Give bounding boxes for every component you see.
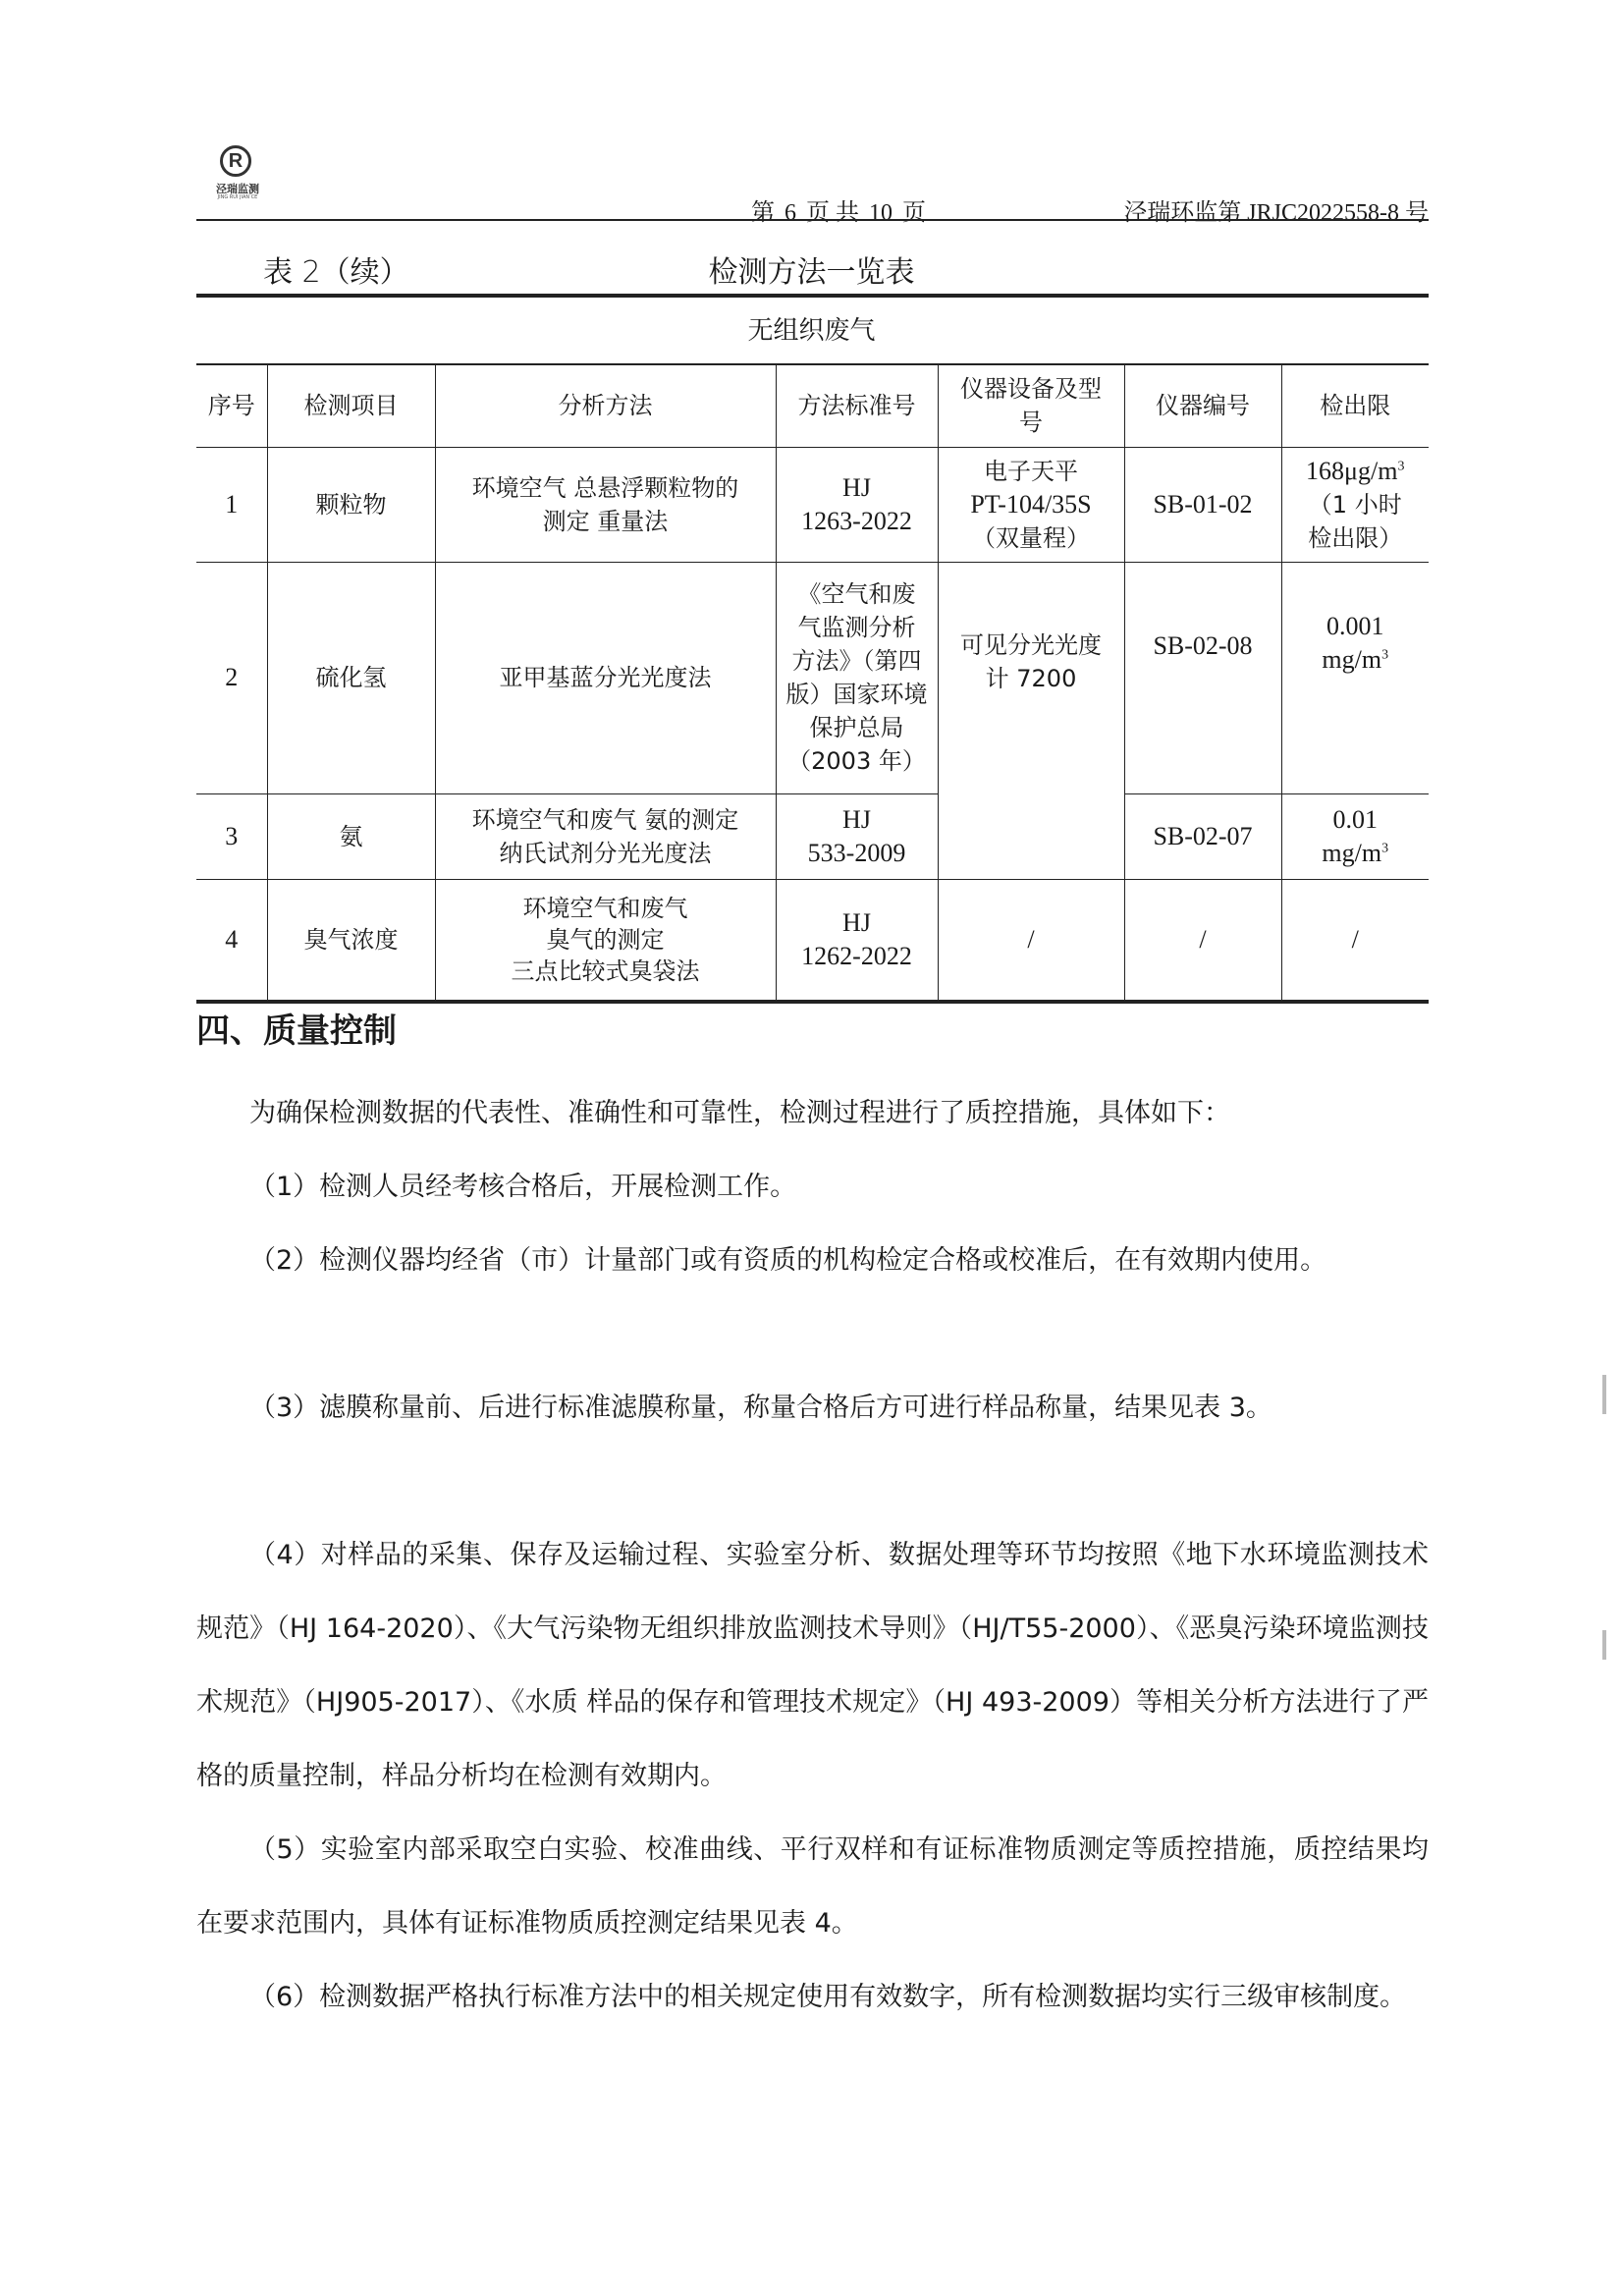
section-heading: 四、质量控制 [196, 1004, 397, 1052]
col-header-limit: 检出限 [1281, 364, 1429, 447]
row-item: 硫化氢 [267, 562, 435, 793]
table-row: 4 臭气浓度 环境空气和废气 臭气的测定 三点比较式臭袋法 HJ 1262-20… [196, 879, 1429, 1002]
col-header-method: 分析方法 [435, 364, 776, 447]
row-method: 环境空气和废气 氨的测定 纳氏试剂分光光度法 [435, 793, 776, 879]
table-row: 1 颗粒物 环境空气 总悬浮颗粒物的 测定 重量法 HJ 1263-2022 电… [196, 447, 1429, 562]
row-standard: HJ 1262-2022 [776, 879, 938, 1002]
row-method: 环境空气和废气 臭气的测定 三点比较式臭袋法 [435, 879, 776, 1002]
col-header-item: 检测项目 [267, 364, 435, 447]
row-no: 2 [196, 562, 267, 793]
row-method: 环境空气 总悬浮颗粒物的 测定 重量法 [435, 447, 776, 562]
table-subtitle: 无组织废气 [0, 310, 1623, 347]
row-instrument-id: / [1124, 879, 1281, 1002]
row-instrument-id: SB-02-08 [1124, 562, 1281, 793]
qc-item-3: （3）滤膜称量前、后进行标准滤膜称量，称量合格后方可进行样品称量，结果见表 3。 [196, 1371, 1429, 1445]
row-standard: 《空气和废 气监测分析 方法》（第四 版）国家环境 保护总局 （2003 年） [776, 562, 938, 793]
logo-subtitle: JING RUI JIAN CE [208, 194, 267, 200]
row-no: 3 [196, 793, 267, 879]
row-item: 氨 [267, 793, 435, 879]
table-title: 检测方法一览表 [0, 247, 1623, 291]
row-instrument: / [938, 879, 1124, 1002]
row-limit: / [1281, 879, 1429, 1002]
detection-methods-table: 序号 检测项目 分析方法 方法标准号 仪器设备及型号 仪器编号 检出限 1 颗粒… [196, 363, 1429, 1004]
col-header-instrument: 仪器设备及型号 [938, 364, 1124, 447]
company-logo: R 泾瑞监测 JING RUI JIAN CE [208, 145, 267, 206]
row-standard: HJ 1263-2022 [776, 447, 938, 562]
row-method: 亚甲基蓝分光光度法 [435, 562, 776, 793]
row-instrument-id: SB-02-07 [1124, 793, 1281, 879]
col-header-standard: 方法标准号 [776, 364, 938, 447]
qc-item-5: （5）实验室内部采取空白实验、校准曲线、平行双样和有证标准物质测定等质控措施，质… [196, 1813, 1429, 1960]
row-instrument-merged: 可见分光光度 计 7200 [938, 562, 1124, 879]
row-standard: HJ 533-2009 [776, 793, 938, 879]
col-header-instrument-id: 仪器编号 [1124, 364, 1281, 447]
row-limit: 168μg/m3 （1 小时 检出限） [1281, 447, 1429, 562]
row-instrument-id: SB-01-02 [1124, 447, 1281, 562]
col-header-no: 序号 [196, 364, 267, 447]
qc-item-4: （4）对样品的采集、保存及运输过程、实验室分析、数据处理等环节均按照《地下水环境… [196, 1518, 1429, 1813]
table-title-divider [196, 294, 1429, 298]
table-row: 2 硫化氢 亚甲基蓝分光光度法 《空气和废 气监测分析 方法》（第四 版）国家环… [196, 562, 1429, 793]
row-limit: 0.01 mg/m3 [1281, 793, 1429, 879]
scan-artifact [1602, 1375, 1606, 1414]
row-no: 4 [196, 879, 267, 1002]
page-number: 第6页 共10页 [746, 192, 931, 227]
qc-item-2: （2）检测仪器均经省（市）计量部门或有资质的机构检定合格或校准后，在有效期内使用… [196, 1224, 1429, 1297]
row-limit: 0.001 mg/m3 [1281, 562, 1429, 793]
header-divider [196, 219, 1429, 221]
scan-artifact [1602, 1630, 1606, 1660]
row-no: 1 [196, 447, 267, 562]
row-item: 臭气浓度 [267, 879, 435, 1002]
row-item: 颗粒物 [267, 447, 435, 562]
qc-item-6: （6）检测数据严格执行标准方法中的相关规定使用有效数字，所有检测数据均实行三级审… [196, 1960, 1429, 2034]
report-reference: 泾瑞环监第 JRJC2022558-8 号 [1123, 192, 1429, 227]
qc-item-1: （1）检测人员经考核合格后，开展检测工作。 [196, 1150, 1429, 1224]
table-header-row: 序号 检测项目 分析方法 方法标准号 仪器设备及型号 仪器编号 检出限 [196, 364, 1429, 447]
section-intro: 为确保检测数据的代表性、准确性和可靠性，检测过程进行了质控措施，具体如下： [196, 1076, 1429, 1150]
row-instrument: 电子天平 PT-104/35S （双量程） [938, 447, 1124, 562]
table-row: 3 氨 环境空气和废气 氨的测定 纳氏试剂分光光度法 HJ 533-2009 S… [196, 793, 1429, 879]
registered-r-icon: R [220, 145, 251, 177]
